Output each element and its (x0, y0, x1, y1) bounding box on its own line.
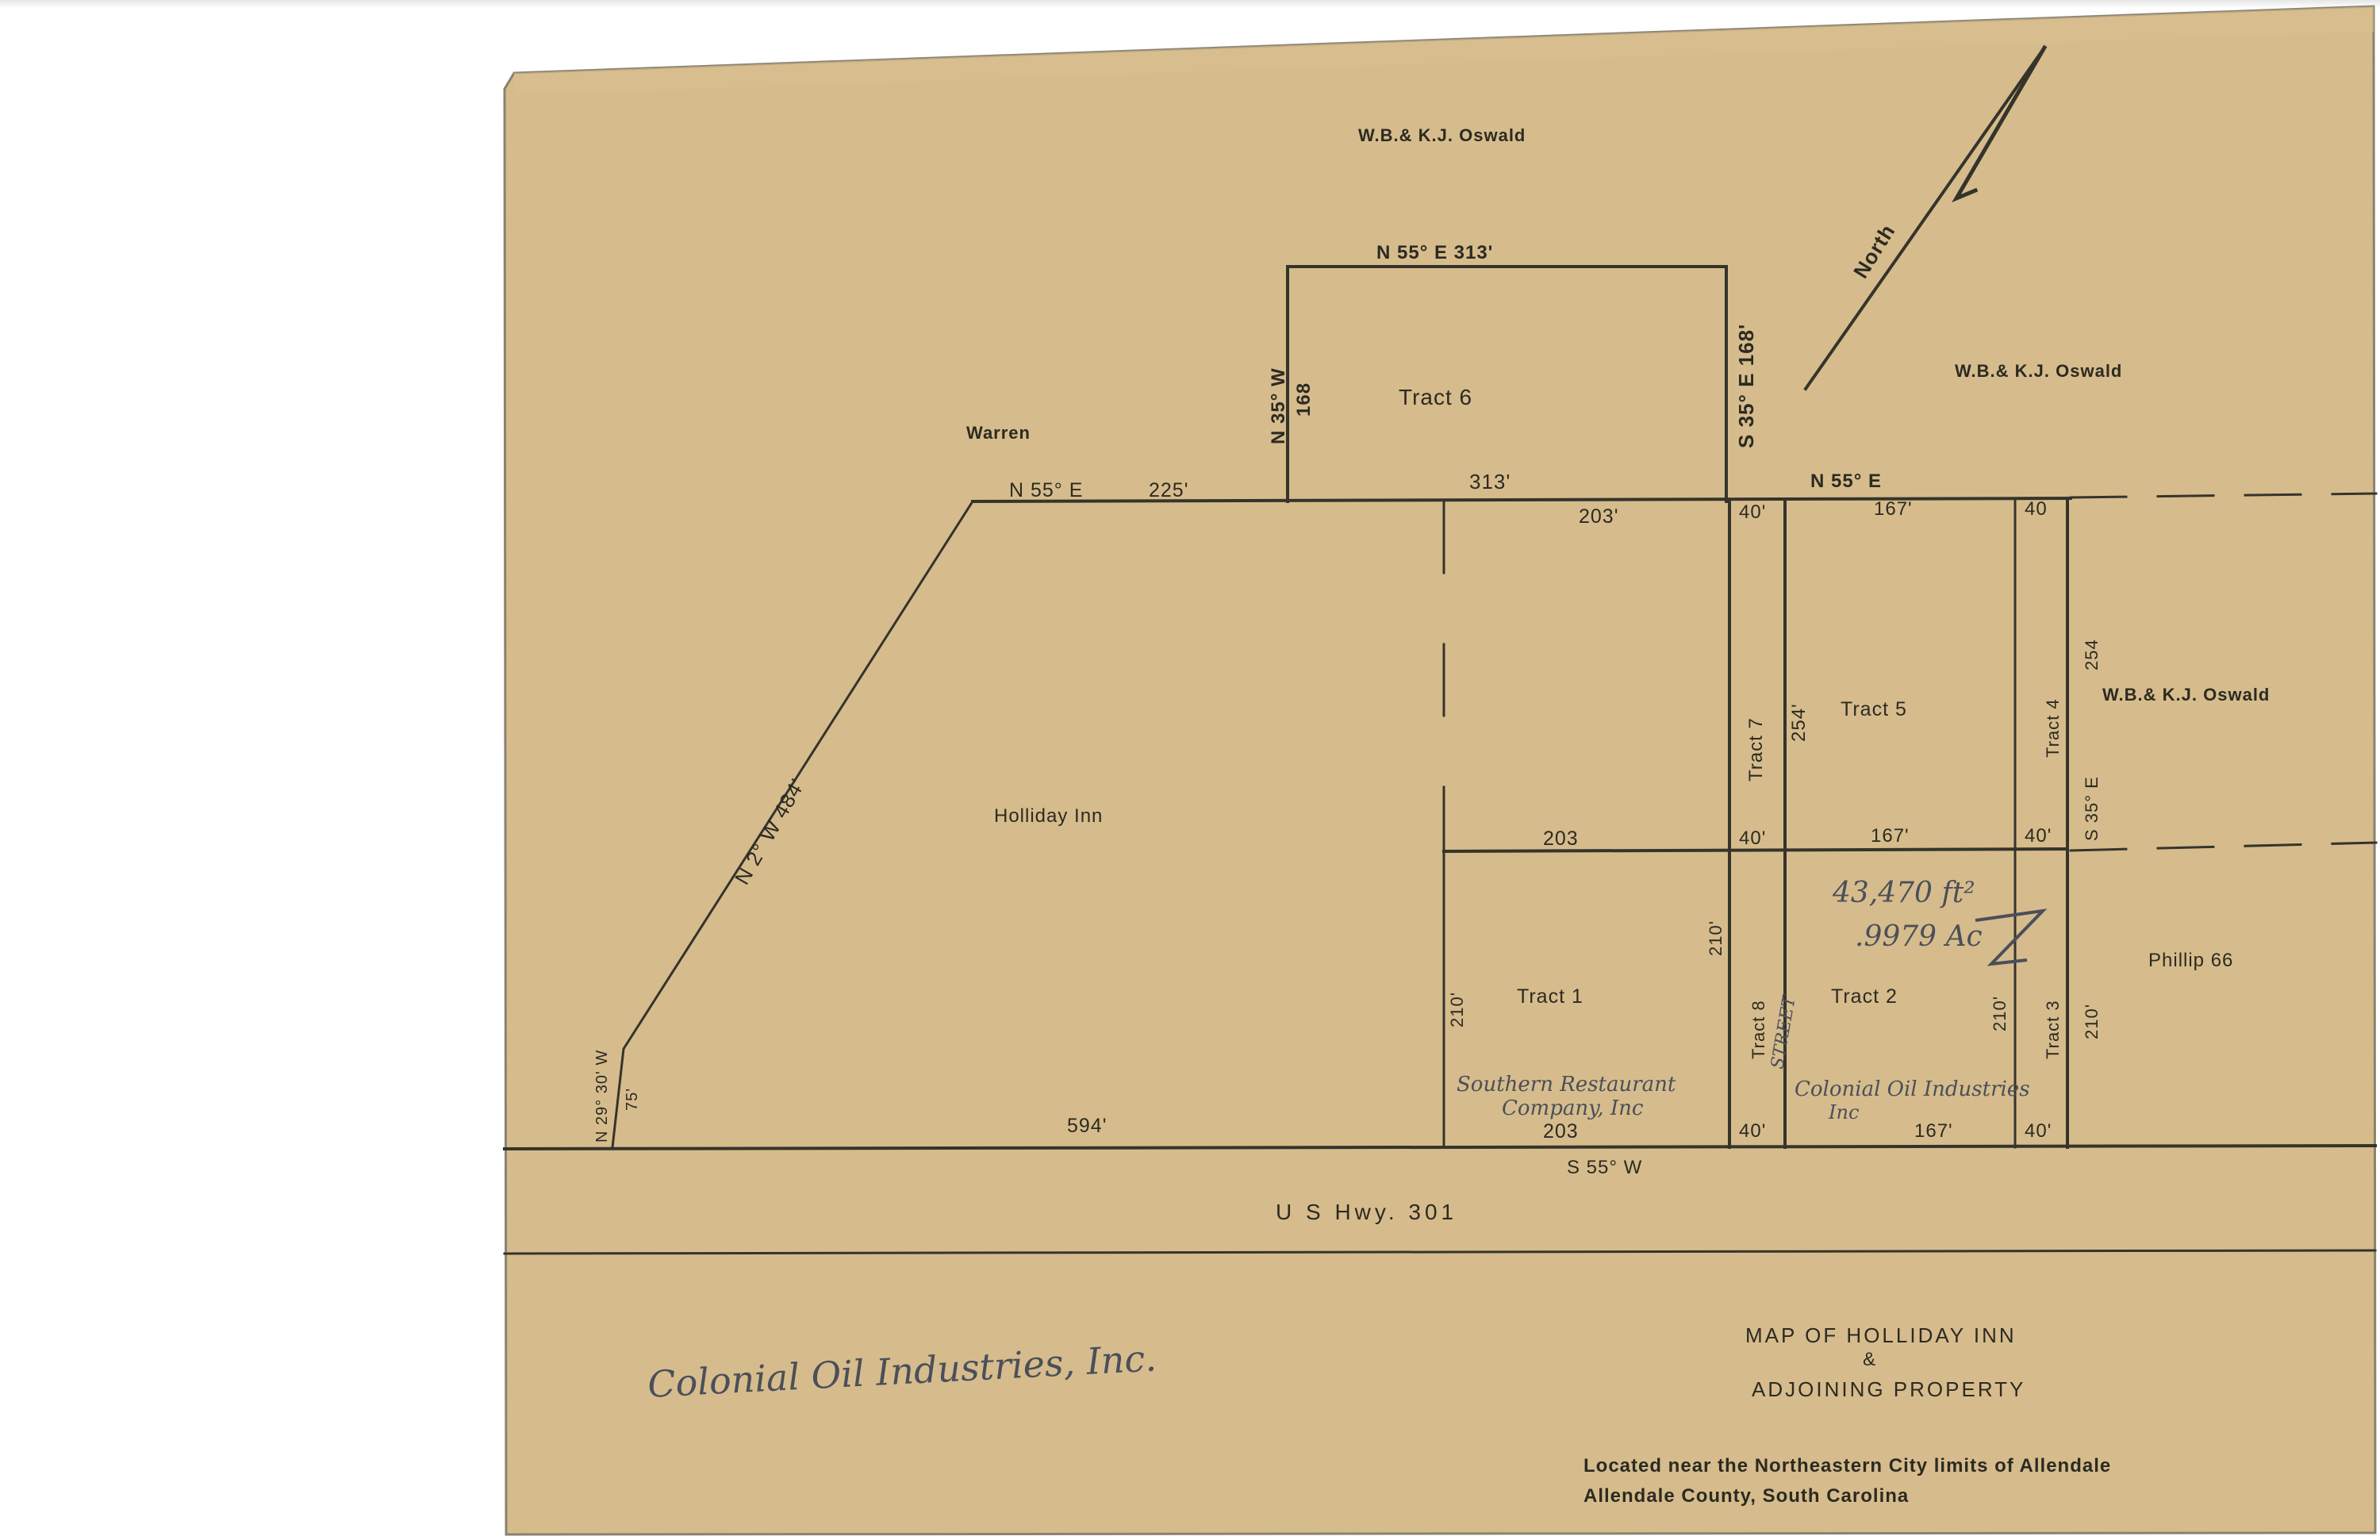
parcel-tract6: Tract 6 (1399, 385, 1472, 410)
dim-tract6-left-bearing: N 35° W (1268, 367, 1290, 444)
parcel-tract8: Tract 8 (1749, 1000, 1769, 1059)
dim-t7-mid: 40' (1739, 828, 1766, 850)
parcel-tract7: Tract 7 (1745, 717, 1768, 782)
dim-tract6-bottom: 313' (1469, 470, 1511, 494)
owner-label-right-middle: W.B.& K.J. Oswald (2102, 685, 2270, 705)
survey-map-scan (0, 0, 2380, 1540)
tract2-owner-line2: Inc (1829, 1101, 1859, 1123)
dim-t3-bottom: 40' (2025, 1120, 2052, 1143)
dim-tract6-left-length: 168 (1293, 382, 1315, 417)
dim-t1-left: 210' (1447, 992, 1468, 1027)
dim-t5-left: 254' (1788, 703, 1810, 742)
tract1-owner-line2: Company, Inc (1502, 1096, 1643, 1120)
parcel-holliday-inn: Holliday Inn (994, 805, 1103, 828)
tract1-owner-line1: Southern Restaurant (1457, 1073, 1676, 1096)
dim-north-bearing: N 55° E (1009, 479, 1083, 502)
dim-t1-bottom: 203 (1543, 1120, 1579, 1143)
parcel-tract1: Tract 1 (1517, 985, 1583, 1008)
parcel-tract3: Tract 3 (2043, 1000, 2063, 1059)
dim-west-short-length: 75' (624, 1088, 642, 1111)
owner-label-west: Warren (966, 423, 1031, 444)
dim-north-length: 225' (1149, 479, 1188, 502)
location-line1: Located near the Northeastern City limit… (1583, 1455, 2111, 1477)
title-line1: MAP OF HOLLIDAY INN (1745, 1323, 2017, 1348)
parcel-tract4: Tract 4 (2043, 698, 2063, 758)
dim-t3-right: 210' (2082, 1004, 2102, 1039)
dim-west-short-bearing: N 29° 30' W (593, 1050, 612, 1143)
road-bearing: S 55° W (1567, 1157, 1642, 1179)
dim-t7-top: 40' (1739, 501, 1766, 524)
title-line3: ADJOINING PROPERTY (1752, 1377, 2025, 1402)
dim-south-total: 594' (1067, 1115, 1107, 1138)
dim-t8-bottom: 40' (1739, 1120, 1766, 1143)
tract2-owner-line1: Colonial Oil Industries (1795, 1077, 2030, 1101)
annotation-area-acres: .9979 Ac (1855, 920, 1983, 953)
parcel-tract5: Tract 5 (1841, 698, 1907, 721)
title-line2: & (1863, 1349, 1876, 1371)
dim-tract6-right: S 35° E 168' (1734, 324, 1759, 448)
dim-t5-mid: 167' (1871, 825, 1910, 847)
dim-t4-right-bearing: S 35° E (2082, 776, 2102, 841)
road-name: U S Hwy. 301 (1276, 1200, 1457, 1225)
dim-t1-mid: 203 (1543, 828, 1579, 851)
dim-t2-bottom: 167' (1914, 1120, 1953, 1143)
dim-tract6-top: N 55° E 313' (1376, 242, 1493, 264)
owner-label-top: W.B.& K.J. Oswald (1358, 125, 1526, 146)
dim-t4-top: 40 (2025, 498, 2048, 520)
dim-t1-right: 210' (1706, 920, 1726, 956)
owner-label-right-upper: W.B.& K.J. Oswald (1955, 361, 2122, 382)
dim-t5-top: 167' (1874, 498, 1913, 520)
dim-t1-top: 203' (1579, 505, 1618, 528)
dim-t2-right: 210' (1990, 996, 2010, 1031)
dim-t4-mid: 40' (2025, 825, 2052, 847)
dim-east-bearing: N 55° E (1810, 470, 1882, 493)
parcel-tract2: Tract 2 (1831, 985, 1898, 1008)
dim-t4-right: 254 (2082, 639, 2102, 670)
owner-label-phillip: Phillip 66 (2148, 950, 2233, 972)
location-line2: Allendale County, South Carolina (1583, 1485, 1909, 1507)
annotation-area-sqft: 43,470 ft² (1833, 877, 1975, 909)
paper-sheet (505, 6, 2375, 1534)
